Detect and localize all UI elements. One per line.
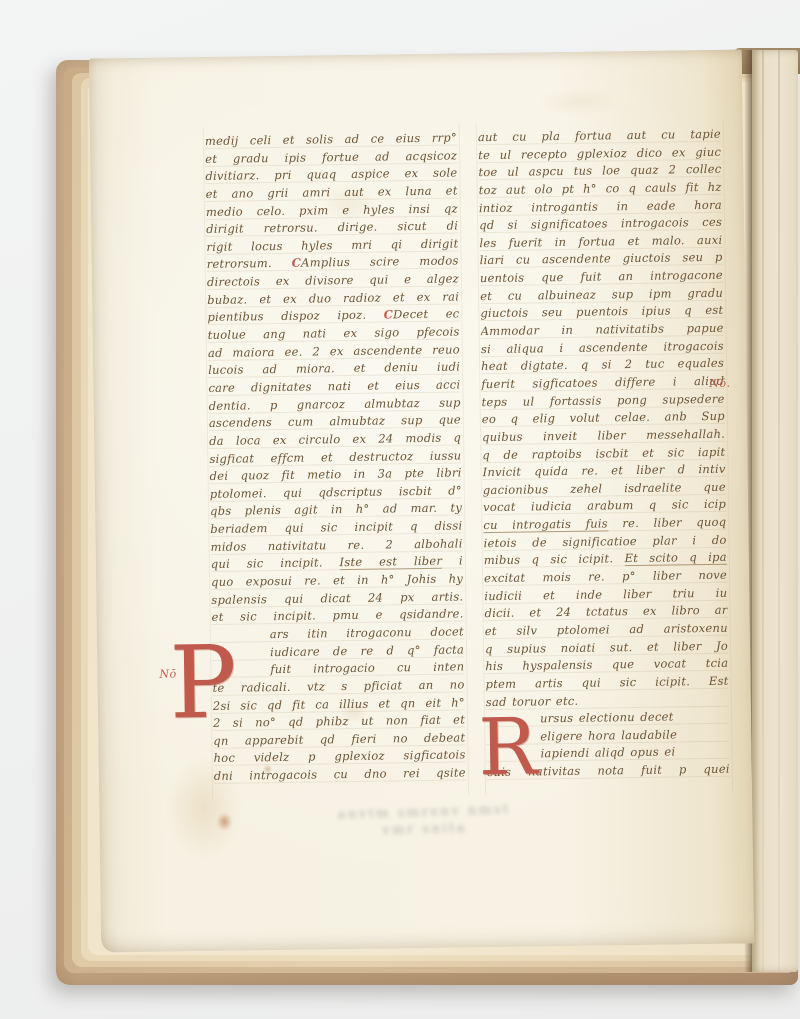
margin-note-right: Nō. — [709, 377, 730, 390]
line-text: si aliqua i ascendente itrogacois — [481, 338, 724, 355]
line-text: Amplius scire modos — [301, 254, 459, 270]
line-text: ursus electionu decet — [540, 710, 674, 726]
line-text: da loca ex circulo ex 24 modis q — [209, 430, 461, 448]
line-text: qd si significatoes introgacois ces — [479, 215, 722, 232]
line-text: ascendens cum almubtaz sup que — [209, 413, 461, 431]
line-text: 2si sic qd fit ca illius et qn eit h° — [213, 695, 465, 713]
text-line: ptem artis qui sic icipit. Est — [485, 673, 728, 694]
margin-note-left: Nō — [159, 667, 176, 680]
line-text: liari cu ascendente giuctois seu p — [480, 250, 723, 267]
line-text: re. liber quoq — [608, 515, 727, 531]
line-text: midos nativitatu re. 2 albohali — [211, 536, 463, 554]
line-text: ars itin itrogaconu docet — [270, 624, 464, 641]
line-text: i — [442, 554, 463, 568]
line-text: intioz introgantis in eade hora — [479, 197, 722, 214]
line-text: Decet ec — [393, 307, 459, 322]
line-text: ad maiora ee. 2 ex ascendente reuo — [208, 342, 460, 360]
line-text: dei quoz fit metio in 3a pte libri — [210, 466, 462, 484]
line-text: iapiendi aliqd opus ei — [540, 745, 675, 761]
line-text: qbs plenis agit in h° ad mar. ty — [210, 501, 462, 519]
manuscript-book: medij celi et solis ad ce eius rrp°et gr… — [54, 44, 798, 985]
underlined-text: Iste est liber — [339, 554, 442, 570]
page-crease — [762, 50, 764, 972]
line-text: q de raptoibs iscbit et sic iapit — [482, 444, 725, 461]
line-text: medio celo. pxim e hyles insi qz — [206, 201, 458, 219]
line-text: teps ul fortassis pong supsedere — [482, 391, 725, 408]
drop-cap-initial-r: R — [478, 708, 538, 787]
line-text: et sic incipit. pmu e qsidandre. — [212, 607, 464, 625]
line-text: Invicit quida re. et liber d intiv — [483, 462, 726, 479]
line-text: 2 si no° qd phibz ut non fiat et — [213, 713, 465, 731]
line-text: iudicare de re d q° facta — [270, 642, 464, 659]
line-text: hoc videlz p gplexioz sigficatois — [213, 748, 465, 766]
photo-backdrop: medij celi et solis ad ce eius rrp°et gr… — [0, 0, 800, 1019]
line-text: Ammodar in nativitatibs papue — [481, 321, 724, 338]
line-text: ptem artis qui sic icipit. Est — [485, 674, 728, 691]
line-text: qn apparebit qd fieri no debeat — [213, 730, 465, 748]
manuscript-page: medij celi et solis ad ce eius rrp°et gr… — [89, 49, 754, 952]
line-text: his hyspalensis que vocat tcia — [485, 656, 728, 673]
line-text: toz aut olo pt h° co q cauls fit hz — [479, 180, 722, 197]
line-text: et cu albuineaz sup ipm gradu — [480, 286, 723, 303]
line-text: et silv ptolomei ad aristoxenu — [485, 621, 728, 638]
line-text: rigit locus hyles mri qi dirigit — [206, 236, 458, 254]
line-text: quibus inveit liber messehallah. — [482, 427, 725, 444]
line-text: te radicali. vtz s pficiat an no — [212, 677, 464, 695]
line-text: tuolue ang nati ex sigo pfecois — [208, 324, 460, 342]
text-line: dni introgacois cu dno rei qsite — [214, 764, 466, 785]
text-column-left: medij celi et solis ad ce eius rrp°et gr… — [205, 129, 466, 785]
line-text: lucois ad miora. et deniu iudi — [208, 360, 460, 378]
underlined-text: Et scito q ipa — [624, 550, 726, 566]
line-text: retrorsum. — [207, 256, 292, 271]
drop-cap-initial-p: P — [169, 633, 238, 734]
line-text: toe ul aspcu tus loe quaz 2 collec — [478, 162, 721, 179]
line-text: ptolomei. qui qdscriptus iscbit d° — [210, 483, 462, 501]
facing-page-edge — [752, 50, 798, 972]
line-text: dentia. p gnarcoz almubtaz sup — [209, 395, 461, 413]
line-text: medij celi et solis ad ce eius rrp° — [205, 130, 457, 148]
line-text: eligere hora laudabile — [540, 727, 677, 743]
line-text: quo exposui re. et in h° Johis hy — [211, 571, 463, 589]
line-text: bubaz. et ex duo radioz et ex rai — [207, 289, 459, 307]
line-text: ietois de significatioe plar i do — [483, 532, 726, 549]
line-text: vocat iudicia arabum q sic icip — [483, 497, 726, 514]
line-text: beriadem qui sic incipit q dissi — [210, 519, 462, 537]
line-text: sigficat effcm et destructoz iussu — [209, 448, 461, 466]
line-text: pientibus dispoz ipoz. — [207, 308, 384, 324]
line-text: fuerit sigficatoes differe i aliud — [481, 374, 724, 391]
line-text: aut cu pla fortua aut cu tapie — [478, 127, 721, 144]
line-text: dirigit retrorsu. dirige. sicut di — [206, 219, 458, 237]
line-text: divitiarz. pri quaq aspice ex sole — [205, 166, 457, 184]
line-text: spalensis qui dicat 24 px artis. — [211, 589, 463, 607]
text-column-right: aut cu pla fortua aut cu tapiete ul rece… — [478, 126, 730, 782]
line-text: heat digtate. q si 2 tuc equales — [481, 356, 724, 373]
line-text: q supius noiati sut. et liber Jo — [485, 638, 728, 655]
underlined-text: cu introgatis fuis — [483, 516, 608, 533]
line-text: iudicii et inde liber triu iu — [484, 585, 727, 602]
page-crease — [778, 50, 780, 972]
line-text: eo q elig volut celae. anb Sup — [482, 409, 725, 426]
line-text: directois ex divisore qui e algez — [207, 272, 459, 290]
line-text: les fuerit in fortua et malo. auxi — [479, 233, 722, 250]
line-text: mibus q sic icipit. — [484, 552, 625, 568]
line-text: qui sic incipit. — [211, 556, 340, 572]
erased-smudged-text: anvtm smrenv nmst vmr snita — [299, 800, 550, 842]
line-text: fuit introgacio cu inten — [270, 660, 464, 677]
rubric-mark: C — [384, 308, 394, 322]
line-text: et ano grii amri aut ex luna et — [206, 183, 458, 201]
line-text: dni introgacois cu dno rei qsite — [214, 765, 466, 783]
line-text: excitat mois re. p° liber nove — [484, 568, 727, 585]
line-text: et gradu ipis fortue ad acqsicoz — [205, 148, 457, 166]
line-text: uentois que fuit an introgacone — [480, 268, 723, 285]
stain — [519, 81, 640, 123]
line-text: giuctois seu puentois ipius q est — [480, 303, 723, 320]
line-text: dicii. et 24 tctatus ex libro ar — [484, 603, 727, 620]
ink-blot — [213, 809, 235, 835]
line-text: care dignitates nati et eius acci — [208, 377, 460, 395]
line-text: te ul recepto gplexioz dico ex giuc — [478, 144, 721, 161]
line-text: gacionibus zehel isdraelite que — [483, 480, 726, 497]
